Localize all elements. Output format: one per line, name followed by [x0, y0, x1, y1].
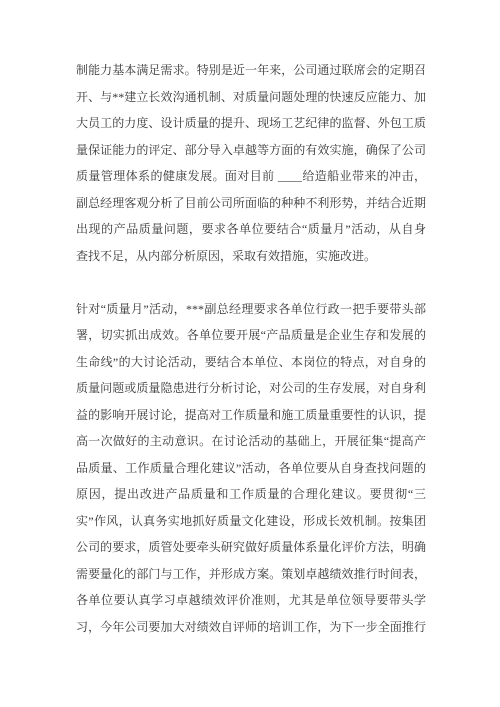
- text-line: 品质量、工作质量合理化建议”活动，各单位要从自身查找问题的: [76, 455, 426, 482]
- text-line: 署，切实抓出成效。各单位要开展“产品质量是企业生存和发展的: [76, 322, 426, 349]
- text-line: 原因，提出改进产品质量和工作质量的合理化建议。要贯彻“三: [76, 481, 426, 508]
- text-line: 各单位要认真学习卓越绩效评价准则，尤其是单位领导要带头学: [76, 587, 426, 614]
- text-line: 出现的产品质量问题，要求各单位要结合“质量月”活动，从自身: [76, 216, 426, 243]
- text-line: 量保证能力的评定、部分导入卓越等方面的有效实施，确保了公司: [76, 137, 426, 164]
- text-line: 公司的要求，质管处要牵头研究做好质量体系量化评价方法，明确: [76, 534, 426, 561]
- text-line: 开、与**建立长效沟通机制、对质量问题处理的快速反应能力、加: [76, 84, 426, 111]
- text-line: 习，今年公司要加大对绩效自评师的培训工作，为下一步全面推行: [76, 614, 426, 641]
- text-line: 高一次做好的主动意识。在讨论活动的基础上，开展征集“提高产: [76, 428, 426, 455]
- text-line: 需要量化的部门与工作，并形成方案。策划卓越绩效推行时间表，: [76, 561, 426, 588]
- text-line: 副总经理客观分析了目前公司所面临的种种不利形势，并结合近期: [76, 190, 426, 217]
- text-line: 益的影响开展讨论，提高对工作质量和施工质量重要性的认识，提: [76, 402, 426, 429]
- paragraph: 针对“质量月”活动，***副总经理要求各单位行政一把手要带头部署，切实抓出成效。…: [76, 296, 426, 641]
- text-line: 生命线”的大讨论活动，要结合本单位、本岗位的特点，对自身的: [76, 349, 426, 376]
- text-line: 质量问题或质量隐患进行分析讨论，对公司的生存发展，对自身利: [76, 375, 426, 402]
- text-line: 大员工的力度、设计质量的提升、现场工艺纪律的监督、外包工质: [76, 110, 426, 137]
- text-line: 针对“质量月”活动，***副总经理要求各单位行政一把手要带头部: [76, 296, 426, 323]
- paragraph: 制能力基本满足需求。特别是近一年来，公司通过联席会的定期召开、与**建立长效沟通…: [76, 57, 426, 269]
- text-line: 质量管理体系的健康发展。面对目前 ____给造船业带来的冲击，***: [76, 163, 426, 190]
- text-line: 制能力基本满足需求。特别是近一年来，公司通过联席会的定期召: [76, 57, 426, 84]
- document-body: 制能力基本满足需求。特别是近一年来，公司通过联席会的定期召开、与**建立长效沟通…: [76, 57, 426, 640]
- text-line: 查找不足，从内部分析原因，采取有效措施，实施改进。: [76, 243, 426, 270]
- text-line: 实”作风，认真务实地抓好质量文化建设，形成长效机制。按集团: [76, 508, 426, 535]
- document-page: 制能力基本满足需求。特别是近一年来，公司通过联席会的定期召开、与**建立长效沟通…: [0, 0, 500, 707]
